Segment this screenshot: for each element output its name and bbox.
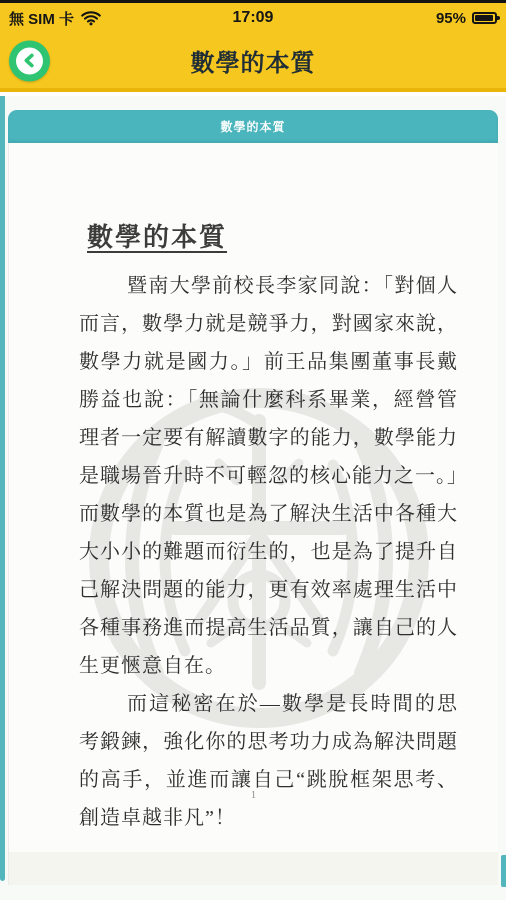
document-page[interactable]: 數學的本質 暨南大學前校長李家同說：「對個人而言，數學力就是競爭力，對國家來說，… bbox=[8, 143, 498, 885]
back-button[interactable] bbox=[9, 40, 50, 81]
battery-percent-label: 95% bbox=[436, 10, 466, 27]
viewer-tab-label: 數學的本質 bbox=[220, 118, 285, 135]
page-title: 數學的本質 bbox=[191, 43, 316, 78]
status-right-cluster: 95% bbox=[436, 10, 497, 27]
left-edge-strip bbox=[0, 96, 5, 881]
viewer-tab: 數學的本質 bbox=[8, 110, 498, 143]
carrier-label: 無 SIM 卡 bbox=[9, 8, 74, 29]
battery-icon bbox=[472, 12, 497, 24]
status-left-cluster: 無 SIM 卡 bbox=[9, 8, 101, 29]
paragraph-3: 而這秘密在於—數學是長時間的思考鍛鍊，強化你的思考功力成為解決問題的高手，並進而… bbox=[79, 685, 458, 837]
content-area: 數學的本質 bbox=[0, 96, 506, 900]
nav-bar: 數學的本質 bbox=[0, 33, 506, 92]
chevron-left-icon bbox=[16, 47, 43, 74]
page-number: 1 bbox=[9, 790, 498, 801]
document-viewer: 數學的本質 bbox=[8, 110, 498, 885]
page-bottom-band bbox=[9, 852, 498, 885]
paragraph-1: 暨南大學前校長李家同說：「對個人而言，數學力就是競爭力，對國家來說，數學力就是國… bbox=[79, 267, 458, 495]
status-bar: 無 SIM 卡 17:09 95% bbox=[0, 0, 506, 33]
right-edge-strip bbox=[501, 855, 506, 887]
wifi-icon bbox=[81, 10, 101, 26]
document-title: 數學的本質 bbox=[87, 225, 227, 251]
document-body: 數學的本質 暨南大學前校長李家同說：「對個人而言，數學力就是競爭力，對國家來說，… bbox=[9, 143, 498, 837]
phone-screen: 無 SIM 卡 17:09 95% 數學的本質 bbox=[0, 0, 506, 900]
paragraph-2: 而數學的本質也是為了解決生活中各種大大小小的難題而衍生的，也是為了提升自己解決問… bbox=[79, 495, 458, 685]
